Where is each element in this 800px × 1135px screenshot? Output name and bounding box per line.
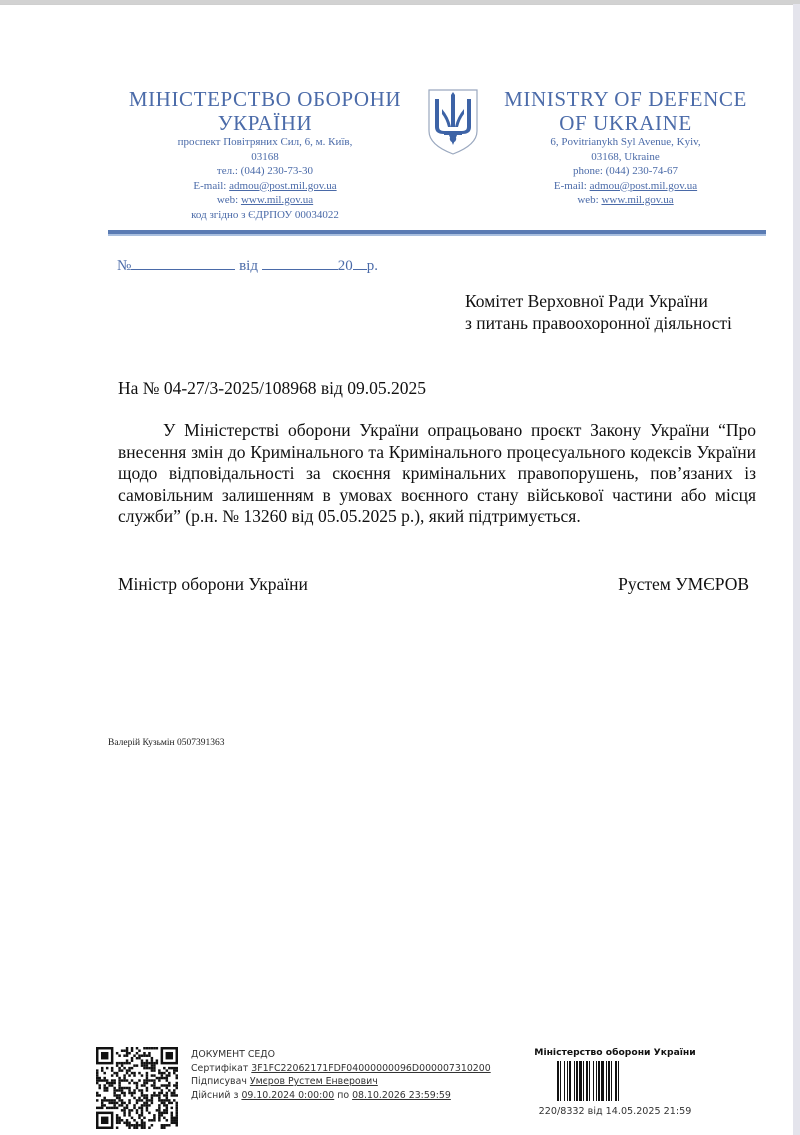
document-page: МІНІСТЕРСТВО ОБОРОНИ УКРАЇНИ проспект По… <box>0 4 793 1135</box>
valid-from-value: 09.10.2024 0:00:00 <box>241 1090 334 1101</box>
certificate-label: Сертифікат <box>191 1063 251 1074</box>
en-web-link[interactable]: www.mil.gov.ua <box>601 194 673 206</box>
viewer-right-edge <box>793 4 800 1135</box>
en-title-line2: OF UKRAINE <box>488 111 763 135</box>
valid-from-label: Дійсний з <box>191 1090 241 1101</box>
reg-number-label: № <box>117 258 131 274</box>
signer-label: Підписувач <box>191 1076 250 1087</box>
signatory-position: Міністр оборони України <box>118 574 308 596</box>
barcode-organization: Міністерство оборони України <box>530 1047 700 1058</box>
en-title-line1: MINISTRY OF DEFENCE <box>488 87 763 111</box>
valid-to-label: по <box>334 1090 352 1101</box>
letterhead-divider-light <box>108 234 766 236</box>
letterhead-en-title: MINISTRY OF DEFENCE OF UKRAINE <box>488 87 763 135</box>
e-signature-heading: ДОКУМЕНТ СЕДО <box>191 1048 491 1062</box>
trident-emblem-icon <box>425 87 481 157</box>
ua-web-label: web: <box>217 194 241 206</box>
registration-line: № від 20р. <box>117 255 378 275</box>
ua-email-link[interactable]: admou@post.mil.gov.ua <box>229 180 337 192</box>
barcode-registration-number: 220/8332 від 14.05.2025 21:59 <box>530 1106 700 1117</box>
en-email-link[interactable]: admou@post.mil.gov.ua <box>590 180 698 192</box>
reg-from-label: від <box>239 258 258 274</box>
certificate-value: 3F1FC22062171FDF04000000096D000007310200 <box>251 1063 490 1074</box>
executor-contact: Валерій Кузьмін 0507391363 <box>108 733 225 755</box>
ua-phone: тел.: (044) 230-73-30 <box>115 164 415 179</box>
letterhead-ua-contacts: проспект Повітряних Сил, 6, м. Київ, 031… <box>115 135 415 222</box>
barcode-icon <box>557 1061 673 1101</box>
en-phone: phone: (044) 230-74-67 <box>488 164 763 179</box>
ua-web-link[interactable]: www.mil.gov.ua <box>241 194 313 206</box>
qr-code-icon[interactable] <box>96 1047 178 1129</box>
recipient-line2: з питань правоохоронної діяльності <box>465 313 732 335</box>
valid-to-value: 08.10.2026 23:59:59 <box>352 1090 451 1101</box>
ua-title-line1: МІНІСТЕРСТВО ОБОРОНИ <box>110 87 420 111</box>
letterhead-en-contacts: 6, Povitrianykh Syl Avenue, Kyiv, 03168,… <box>488 135 763 208</box>
en-web-label: web: <box>577 194 601 206</box>
ua-title-line2: УКРАЇНИ <box>110 111 420 135</box>
recipient-line1: Комітет Верховної Ради України <box>465 291 732 313</box>
reg-number-blank <box>131 255 235 270</box>
e-signature-block: ДОКУМЕНТ СЕДО Сертифікат 3F1FC22062171FD… <box>191 1048 491 1102</box>
barcode-stamp: Міністерство оборони України 220/8332 ві… <box>530 1047 700 1117</box>
reference-line: На № 04-27/3-2025/108968 від 09.05.2025 <box>118 378 426 400</box>
ua-edrpou: код згідно з ЄДРПОУ 00034022 <box>115 208 415 223</box>
letterhead-ua-title: МІНІСТЕРСТВО ОБОРОНИ УКРАЇНИ <box>110 87 420 135</box>
reg-date-blank <box>262 255 338 270</box>
reg-year-blank <box>353 255 367 270</box>
reg-year-suffix: р. <box>367 258 378 274</box>
en-address-line1: 6, Povitrianykh Syl Avenue, Kyiv, <box>488 135 763 150</box>
signer-value: Умєров Рустем Енверович <box>250 1076 378 1087</box>
ua-address-line2: 03168 <box>115 150 415 165</box>
en-address-line2: 03168, Ukraine <box>488 150 763 165</box>
recipient-block: Комітет Верховної Ради України з питань … <box>465 291 732 334</box>
ua-email-label: E-mail: <box>193 180 229 192</box>
body-paragraph: У Міністерстві оборони України опрацьова… <box>118 420 756 528</box>
reg-year-prefix: 20 <box>338 258 353 274</box>
en-email-label: E-mail: <box>554 180 590 192</box>
signatory-name: Рустем УМЄРОВ <box>618 574 749 596</box>
ua-address-line1: проспект Повітряних Сил, 6, м. Київ, <box>115 135 415 150</box>
